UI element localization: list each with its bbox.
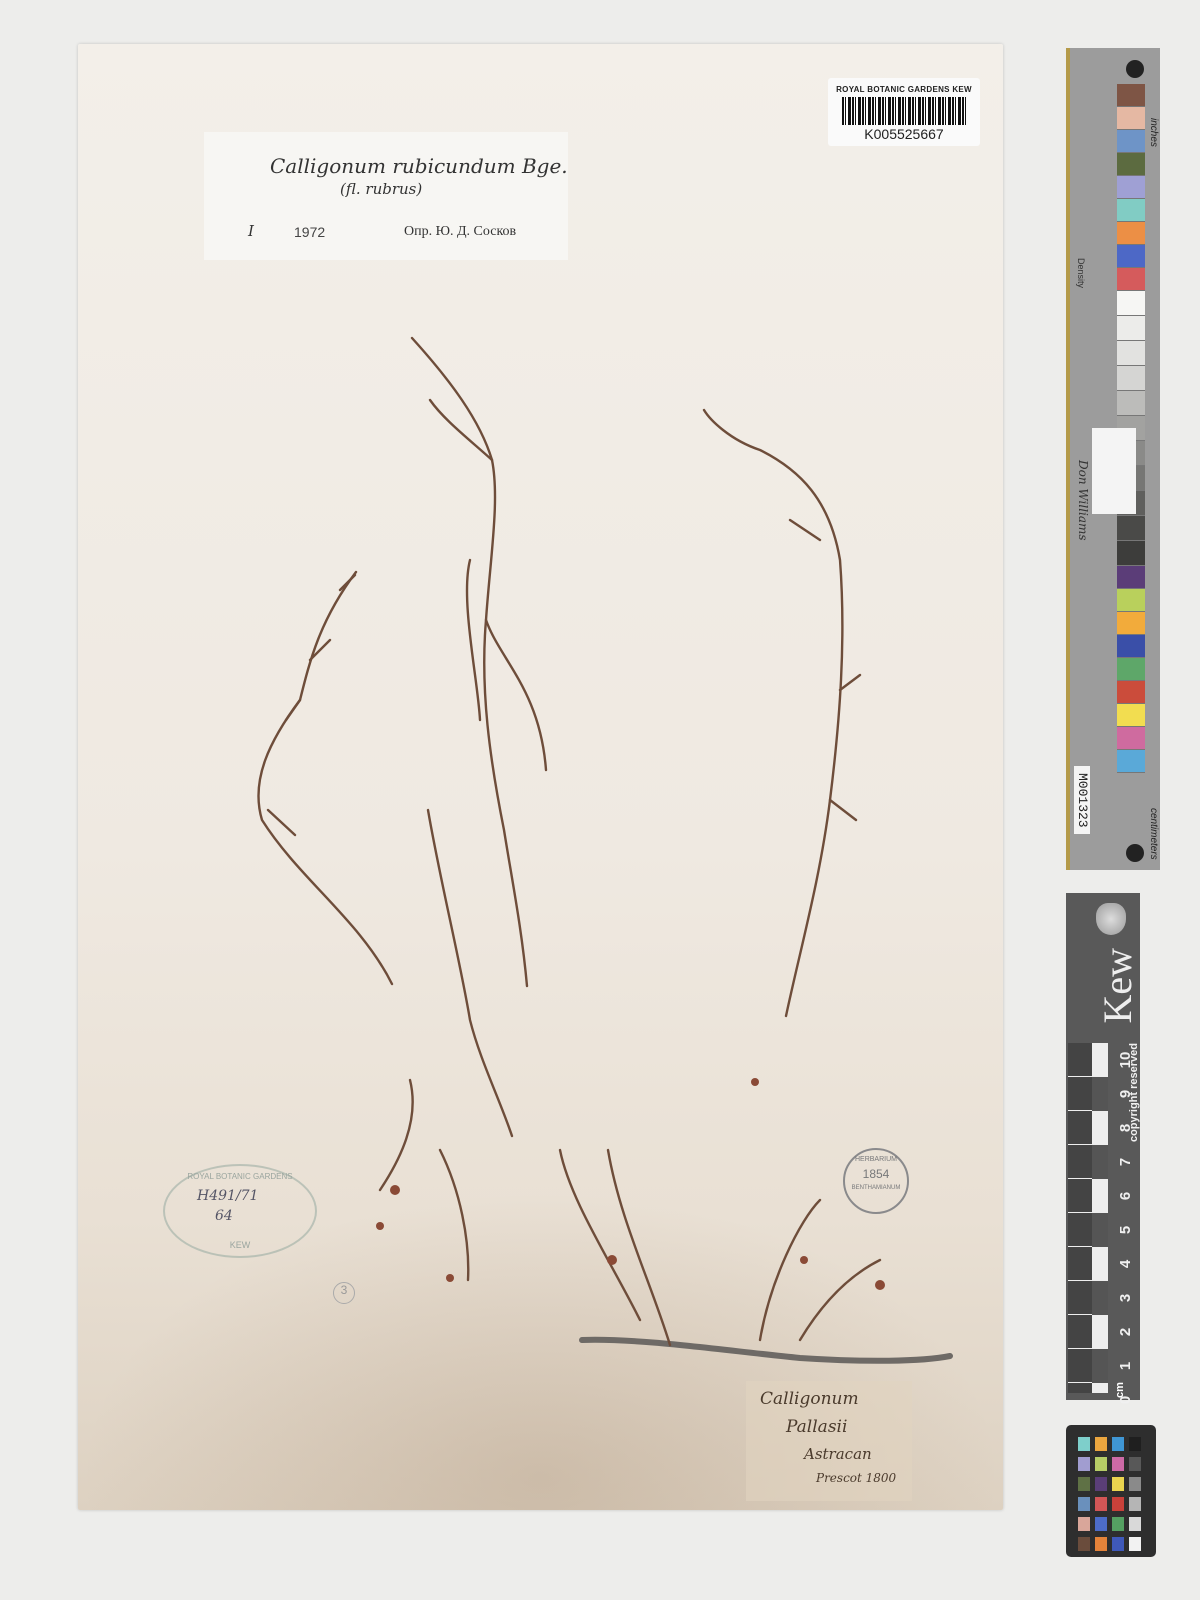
color-checker [1066, 1425, 1156, 1557]
checker-swatch [1129, 1437, 1141, 1451]
checker-swatch [1078, 1517, 1090, 1531]
strip-hole-top [1126, 60, 1144, 78]
color-patch [1117, 199, 1145, 222]
checker-swatch [1078, 1497, 1090, 1511]
color-patch [1117, 84, 1145, 107]
scale-number: 4 [1109, 1250, 1143, 1278]
checker-swatch [1095, 1517, 1107, 1531]
kew-logo: Kew [1094, 948, 1141, 1024]
checker-swatch [1095, 1537, 1107, 1551]
barcode-label: ROYAL BOTANIC GARDENS KEW K005525667 [828, 78, 980, 146]
checker-swatch [1078, 1537, 1090, 1551]
determination-year: 1972 [294, 224, 325, 240]
color-patch [1117, 107, 1145, 130]
scale-number: 3 [1109, 1284, 1143, 1312]
color-patch [1117, 681, 1145, 704]
determiner: Опр. Ю. Д. Сосков [404, 224, 516, 240]
color-patch [1117, 750, 1145, 773]
checker-swatch [1129, 1497, 1141, 1511]
color-patch [1117, 153, 1145, 176]
units-inches: inches [1148, 118, 1159, 147]
color-patch [1117, 391, 1145, 416]
checker-swatch [1129, 1477, 1141, 1491]
color-patch [1117, 268, 1145, 291]
determination-label: Calligonum rubicundum Bge. (fl. rubrus) … [204, 132, 568, 260]
color-patch [1117, 341, 1145, 366]
color-patch [1117, 176, 1145, 199]
checker-swatch [1112, 1497, 1124, 1511]
checker-swatch [1129, 1537, 1141, 1551]
kew-stamp-number: H491/71 [197, 1188, 258, 1204]
checker-swatch [1095, 1497, 1107, 1511]
color-patch [1117, 612, 1145, 635]
species-note: (fl. rubrus) [340, 180, 422, 198]
checker-swatch [1078, 1477, 1090, 1491]
determination-month: I [248, 222, 254, 240]
barcode-number: K005525667 [828, 126, 980, 142]
color-patch [1117, 566, 1145, 589]
institution-name: ROYAL BOTANIC GARDENS KEW [828, 85, 980, 94]
color-patch [1117, 704, 1145, 727]
color-patch [1117, 316, 1145, 341]
strip-id: M001323 [1074, 766, 1090, 834]
checker-swatch [1112, 1477, 1124, 1491]
original-label: Calligonum Pallasii Astracan Prescot 180… [746, 1381, 912, 1501]
cm-ruler-ticks [1092, 1043, 1108, 1393]
kew-stamp-top: ROYAL BOTANIC GARDENS [165, 1172, 315, 1181]
kew-scale-card: Kew 109876543210 copyright reserved cm [1066, 893, 1140, 1400]
color-patch [1117, 635, 1145, 658]
color-patch [1117, 541, 1145, 566]
density-label: Density [1076, 258, 1086, 288]
checker-swatch [1095, 1477, 1107, 1491]
checker-swatch [1112, 1517, 1124, 1531]
color-patch [1117, 245, 1145, 268]
color-patch [1117, 366, 1145, 391]
color-target-strip: inches Density Don Williams M001323 cent… [1066, 48, 1160, 870]
checker-swatch [1095, 1457, 1107, 1471]
units-centimeters: centimeters [1148, 808, 1159, 860]
kew-stamp: ROYAL BOTANIC GARDENS H491/71 64 KEW [163, 1164, 317, 1258]
bentham-stamp-bottom: BENTHAMIANUM [845, 1185, 907, 1191]
checker-swatch [1078, 1437, 1090, 1451]
checker-swatch [1129, 1457, 1141, 1471]
scale-number: 5 [1109, 1216, 1143, 1244]
color-patch [1117, 130, 1145, 153]
original-label-locality: Astracan [804, 1445, 872, 1463]
scale-number: 1 [1109, 1352, 1143, 1380]
scale-number: 7 [1109, 1148, 1143, 1176]
scale-number: 2 [1109, 1318, 1143, 1346]
original-label-genus: Calligonum [760, 1389, 859, 1409]
bentham-herbarium-stamp: HERBARIUM 1854 BENTHAMIANUM [843, 1148, 909, 1214]
copyright-text: copyright reserved [1128, 1043, 1140, 1142]
color-checker-grid [1078, 1437, 1141, 1551]
checker-swatch [1078, 1457, 1090, 1471]
plant-specimen [0, 0, 1200, 1600]
kew-stamp-subnumber: 64 [215, 1208, 233, 1224]
barcode [842, 97, 966, 125]
crest-icon [1096, 903, 1126, 935]
checker-swatch [1112, 1537, 1124, 1551]
original-label-collector: Prescot 1800 [816, 1471, 896, 1485]
color-patch [1117, 727, 1145, 750]
checker-swatch [1112, 1457, 1124, 1471]
gray-card [1092, 428, 1136, 514]
kew-stamp-bottom: KEW [165, 1240, 315, 1250]
strip-hole-bottom [1126, 844, 1144, 862]
checker-swatch [1129, 1517, 1141, 1531]
checker-swatch [1112, 1437, 1124, 1451]
color-patch [1117, 658, 1145, 681]
unit-label: cm [1114, 1382, 1126, 1398]
scale-number: 6 [1109, 1182, 1143, 1210]
color-patch [1117, 516, 1145, 541]
color-patch [1117, 589, 1145, 612]
color-patch [1117, 291, 1145, 316]
color-patch [1117, 222, 1145, 245]
original-label-species: Pallasii [786, 1417, 847, 1437]
circled-number: 3 [333, 1282, 355, 1304]
checker-swatch [1095, 1437, 1107, 1451]
bentham-stamp-year: 1854 [845, 1167, 907, 1181]
bentham-stamp-top: HERBARIUM [845, 1156, 907, 1163]
species-name: Calligonum rubicundum Bge. [270, 154, 568, 178]
brand-label: Don Williams [1076, 460, 1090, 541]
